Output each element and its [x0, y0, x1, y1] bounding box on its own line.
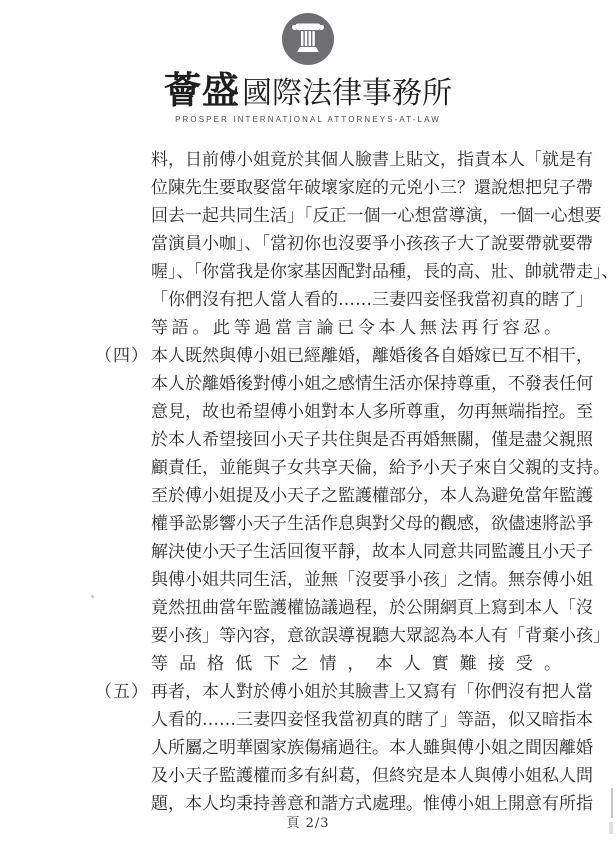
text-line: 等語。此等過當言論已令本人無法再行容忍。 — [151, 314, 561, 342]
text-line: 權爭訟影響小天子生活作息與對父母的觀感，欲儘速將訟爭 — [151, 510, 561, 538]
paragraph-marker — [95, 146, 151, 174]
text-line: 「你們沒有把人當人看的……三妻四妾怪我當初真的瞎了」 — [151, 286, 561, 314]
paragraph: （四）本人既然與傅小姐已經離婚，離婚後各自婚嫁已互不相干，本人於離婚後對傅小姐之… — [95, 342, 561, 678]
text-line: 解決使小天子生活回復平靜，故本人同意共同監護且小天子 — [151, 538, 561, 566]
text-line: 與傅小姐共同生活，並無「沒要爭小孩」之情。無奈傅小姐 — [151, 566, 561, 594]
paragraph-marker: （五） — [95, 678, 151, 706]
text-line: 喔」、「你當我是你家基因配對品種，長的高、壯、帥就帶走」、 — [151, 258, 561, 286]
paragraph-text: 料，日前傅小姐竟於其個人臉書上貼文，指責本人「就是有位陳先生要取娶當年破壞家庭的… — [151, 146, 561, 342]
text-line: 本人既然與傅小姐已經離婚，離婚後各自婚嫁已互不相干， — [151, 342, 561, 370]
firm-name-zh-rest: 國際法律事務所 — [242, 68, 452, 112]
text-line: 於本人希望接回小天子共住與是否再婚無關，僅是盡父親照 — [151, 426, 561, 454]
firm-name: 薈盛 國際法律事務所 — [164, 60, 452, 114]
paragraph: （五）再者，本人對於傅小姐於其臉書上又寫有「你們沒有把人當人看的……三妻四妾怪我… — [95, 678, 561, 818]
text-line: 竟然扭曲當年監護權協議過程，於公開網頁上寫到本人「沒 — [151, 594, 561, 622]
scanned-legal-document-page: 薈盛 國際法律事務所 PROSPER INTERNATIONAL ATTORNE… — [0, 0, 616, 850]
paragraph-text: 再者，本人對於傅小姐於其臉書上又寫有「你們沒有把人當人看的……三妻四妾怪我當初真… — [151, 678, 561, 818]
column-pillar-icon — [282, 11, 334, 67]
text-line: 至於傅小姐提及小天子之監護權部分，本人為避免當年監護 — [151, 482, 561, 510]
text-line: 意見，故也希望傅小姐對本人多所尊重，勿再無端指控。至 — [151, 398, 561, 426]
text-line: 顧責任，並能與子女共享天倫，給予小天子來自父親的支持。 — [151, 454, 561, 482]
text-line: 料，日前傅小姐竟於其個人臉書上貼文，指責本人「就是有 — [151, 146, 561, 174]
firm-name-english: PROSPER INTERNATIONAL ATTORNEYS-AT-LAW — [175, 115, 441, 124]
letterhead: 薈盛 國際法律事務所 PROSPER INTERNATIONAL ATTORNE… — [0, 13, 616, 124]
paragraph-marker: （四） — [95, 342, 151, 370]
law-firm-logo — [282, 13, 334, 65]
paragraph: 料，日前傅小姐竟於其個人臉書上貼文，指責本人「就是有位陳先生要取娶當年破壞家庭的… — [95, 146, 561, 342]
page-number: 頁 2/3 — [0, 812, 616, 831]
scan-artifact-dot — [91, 595, 94, 598]
text-line: 本人於離婚後對傅小姐之感情生活亦保持尊重，不發表任何 — [151, 370, 561, 398]
text-line: 等品格低下之情，本人實難接受。 — [151, 650, 561, 678]
firm-name-zh-emphasis: 薈盛 — [164, 60, 240, 114]
scan-artifact-edge-mark — [611, 788, 613, 818]
text-line: 人所屬之明華園家族傷痛過往。本人雖與傅小姐之間因離婚 — [151, 734, 561, 762]
text-line: 人看的……三妻四妾怪我當初真的瞎了」等語，似又暗指本 — [151, 706, 561, 734]
scan-artifact-edge-smudge — [609, 822, 613, 834]
text-line: 位陳先生要取娶當年破壞家庭的元兇小三？還說想把兒子帶 — [151, 174, 561, 202]
text-line: 再者，本人對於傅小姐於其臉書上又寫有「你們沒有把人當 — [151, 678, 561, 706]
document-body: 料，日前傅小姐竟於其個人臉書上貼文，指責本人「就是有位陳先生要取娶當年破壞家庭的… — [95, 146, 561, 818]
text-line: 及小天子監護權而多有糾葛，但終究是本人與傅小姐私人問 — [151, 762, 561, 790]
paragraph-text: 本人既然與傅小姐已經離婚，離婚後各自婚嫁已互不相干，本人於離婚後對傅小姐之感情生… — [151, 342, 561, 678]
text-line: 要小孩」等內容，意欲誤導視聽大眾認為本人有「背棄小孩」 — [151, 622, 561, 650]
text-line: 當演員小咖」、「當初你也沒要爭小孩孩子大了說要帶就要帶 — [151, 230, 561, 258]
text-line: 回去一起共同生活」「反正一個一心想當導演，一個一心想要 — [151, 202, 561, 230]
